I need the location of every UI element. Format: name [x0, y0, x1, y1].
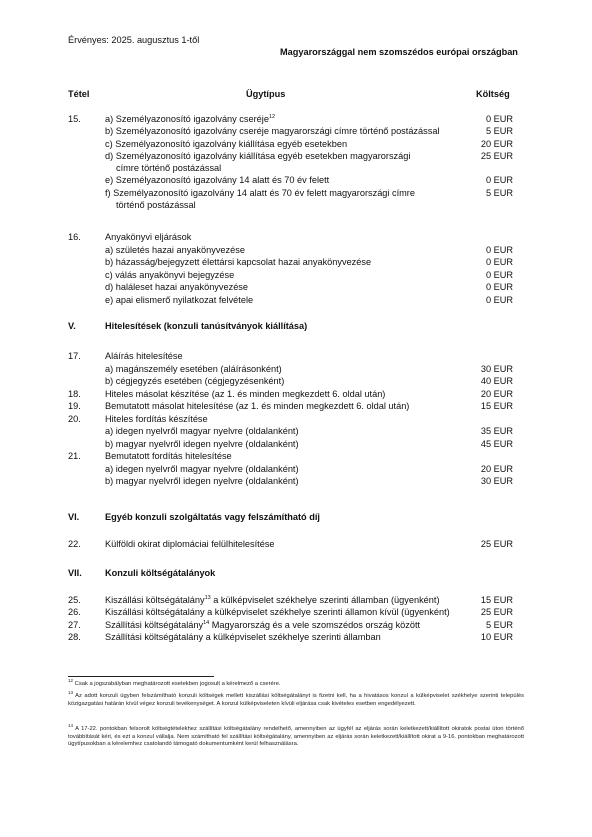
footnote-ref: 12	[269, 114, 275, 120]
footnote-mark: 12	[68, 678, 73, 683]
item-cost: 5 EUR	[486, 126, 513, 137]
item-number: 28.	[68, 632, 81, 643]
item-description: Hiteles fordítás készítése	[105, 414, 208, 425]
item-description: b) házasság/bejegyzett élettársi kapcsol…	[105, 257, 371, 268]
item-description: Bemutatott másolat hitelesítése (az 1. é…	[105, 401, 409, 412]
item-number: 15.	[68, 114, 81, 125]
item-number: 18.	[68, 389, 81, 400]
item-description: b) Személyazonosító igazolvány cseréje m…	[105, 126, 439, 137]
item-cost: 15 EUR	[481, 595, 513, 606]
region-title: Magyarországgal nem szomszédos európai o…	[280, 47, 518, 58]
item-number: 22.	[68, 539, 81, 550]
item-description: b) magyar nyelvről idegen nyelvre (oldal…	[105, 439, 299, 450]
item-description: Bemutatott fordítás hitelesítése	[105, 451, 232, 462]
item-description: Hiteles másolat készítése (az 1. és mind…	[105, 389, 385, 400]
item-description: Egyéb konzuli szolgáltatás vagy felszámí…	[105, 512, 320, 523]
item-cost: 35 EUR	[481, 426, 513, 437]
item-description: b) magyar nyelvről idegen nyelvre (oldal…	[105, 476, 299, 487]
item-description: d) haláleset hazai anyakönyvezése	[105, 282, 248, 293]
item-description: e) Személyazonosító igazolvány 14 alatt …	[105, 175, 329, 186]
item-number: 26.	[68, 607, 81, 618]
column-header-cost: Költség	[476, 89, 510, 100]
item-cost: 45 EUR	[481, 439, 513, 450]
item-cost: 5 EUR	[486, 188, 513, 199]
item-cost: 0 EUR	[486, 114, 513, 125]
footnote-mark: 14	[68, 723, 73, 728]
item-description: f) Személyazonosító igazolvány 14 alatt …	[105, 188, 415, 199]
item-description: a) idegen nyelvről magyar nyelvre (oldal…	[105, 426, 299, 437]
item-cost: 20 EUR	[481, 139, 513, 150]
item-cost: 20 EUR	[481, 464, 513, 475]
item-description: Anyakönyvi eljárások	[105, 232, 191, 243]
item-cost: 0 EUR	[486, 282, 513, 293]
item-cost: 15 EUR	[481, 401, 513, 412]
item-cost: 5 EUR	[486, 620, 513, 631]
footnote: 12 Csak a jogszabályban meghatározott es…	[68, 681, 524, 689]
item-cost: 30 EUR	[481, 476, 513, 487]
item-description: Aláírás hitelesítése	[105, 351, 183, 362]
footnote: 14 A 17-22. pontokban felsorolt költségt…	[68, 726, 524, 749]
item-number: 20.	[68, 414, 81, 425]
item-number: VII.	[68, 568, 82, 579]
item-description: a) születés hazai anyakönyvezése	[105, 245, 245, 256]
item-description: a) idegen nyelvről magyar nyelvre (oldal…	[105, 464, 299, 475]
item-cost: 30 EUR	[481, 364, 513, 375]
footnote-separator	[68, 676, 214, 677]
item-cost: 0 EUR	[486, 270, 513, 281]
item-number: 25.	[68, 595, 81, 606]
item-cost: 25 EUR	[481, 607, 513, 618]
document-page: Érvényes: 2025. augusztus 1-től Magyaror…	[0, 0, 592, 837]
item-cost: 0 EUR	[486, 175, 513, 186]
item-number: V.	[68, 321, 76, 332]
item-cost: 25 EUR	[481, 539, 513, 550]
item-description-continuation: történő postázással	[116, 200, 196, 211]
item-description: b) cégjegyzés esetében (cégjegyzésenként…	[105, 376, 284, 387]
item-cost: 20 EUR	[481, 389, 513, 400]
item-cost: 0 EUR	[486, 245, 513, 256]
item-cost: 0 EUR	[486, 257, 513, 268]
validity-date: Érvényes: 2025. augusztus 1-től	[68, 35, 199, 46]
column-header-type: Ügytípus	[246, 89, 285, 100]
item-cost: 40 EUR	[481, 376, 513, 387]
item-number: 19.	[68, 401, 81, 412]
item-description: Konzuli költségátalányok	[105, 568, 215, 579]
footnote-ref: 14	[203, 620, 209, 626]
item-description: a) Személyazonosító igazolvány cseréje12	[105, 114, 275, 125]
item-description-continuation: címre történő postázással	[116, 163, 221, 174]
footnote-ref: 13	[205, 595, 211, 601]
footnote-mark: 13	[68, 690, 73, 695]
item-cost: 10 EUR	[481, 632, 513, 643]
item-number: 27.	[68, 620, 81, 631]
item-number: 17.	[68, 351, 81, 362]
column-header-item: Tétel	[68, 89, 89, 100]
item-number: VI.	[68, 512, 79, 523]
footnote: 13 Az adott konzuli ügyben felszámítható…	[68, 693, 524, 708]
item-description: Kiszállási költségátalány a külképvisele…	[105, 607, 450, 618]
item-cost: 25 EUR	[481, 151, 513, 162]
item-description: Külföldi okirat diplomáciai felülhiteles…	[105, 539, 275, 550]
item-description: e) apai elismerő nyilatkozat felvétele	[105, 295, 253, 306]
item-number: 21.	[68, 451, 81, 462]
item-number: 16.	[68, 232, 81, 243]
item-description: c) válás anyakönyvi bejegyzése	[105, 270, 234, 281]
item-description: c) Személyazonosító igazolvány kiállítás…	[105, 139, 347, 150]
item-description: d) Személyazonosító igazolvány kiállítás…	[105, 151, 410, 162]
item-cost: 0 EUR	[486, 295, 513, 306]
item-description: Kiszállási költségátalány13 a külképvise…	[105, 595, 440, 606]
item-description: Hitelesítések (konzuli tanúsítványok kiá…	[105, 321, 307, 332]
item-description: a) magánszemély esetében (aláírásonként)	[105, 364, 282, 375]
item-description: Szállítási költségátalány a külképvisele…	[105, 632, 381, 643]
item-description: Szállítási költségátalány14 Magyarország…	[105, 620, 420, 631]
